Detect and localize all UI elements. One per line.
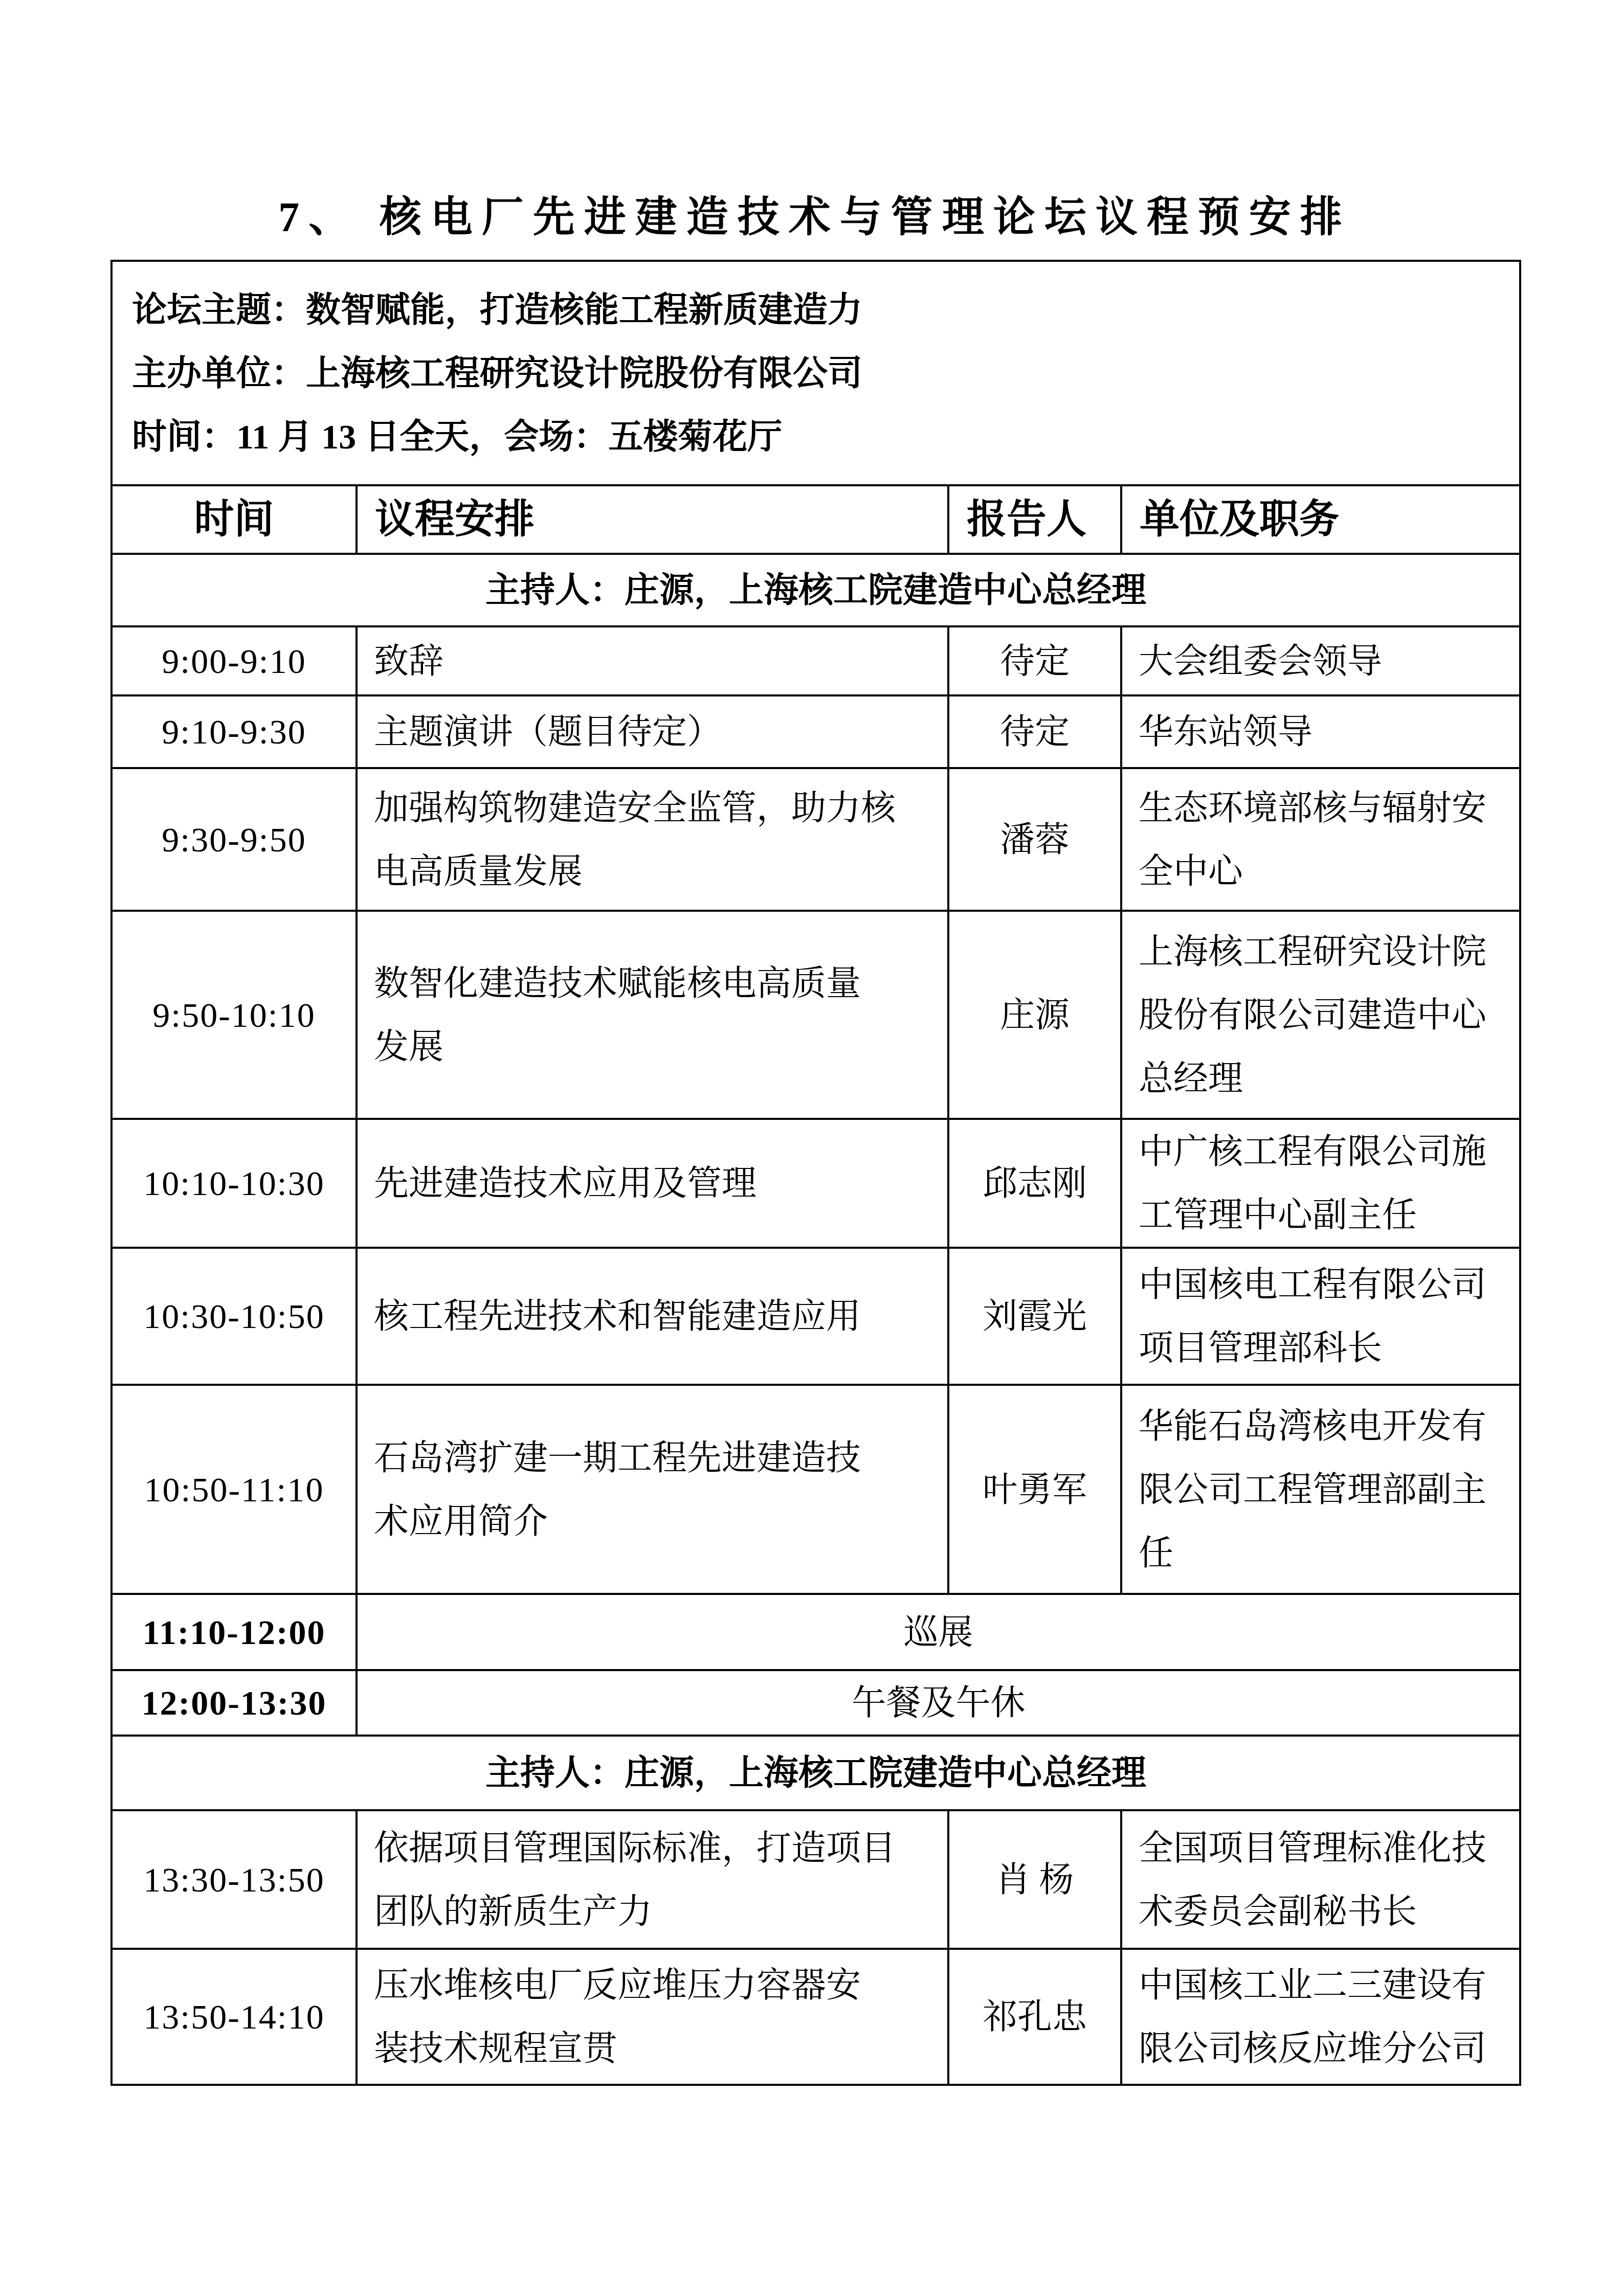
page-title: 7、 核电厂先进建造技术与管理论坛议程预安排 — [110, 0, 1519, 244]
time-cell: 11:10-12:00 — [112, 1594, 357, 1670]
agenda-cell: 先进建造技术应用及管理 — [357, 1119, 948, 1248]
agenda-row: 9:30-9:50 加强构筑物建造安全监管，助力核 电高质量发展 潘蓉 生态环境… — [112, 768, 1520, 911]
time-cell: 10:10-10:30 — [112, 1119, 357, 1248]
agenda-row: 9:00-9:10 致辞 待定 大会组委会领导 — [112, 626, 1520, 695]
speaker-cell: 肖 杨 — [948, 1810, 1121, 1949]
special-label-cell: 午餐及午休 — [357, 1670, 1520, 1736]
time-cell: 9:00-9:10 — [112, 626, 357, 695]
agenda-row: 13:30-13:50 依据项目管理国际标准，打造项目 团队的新质生产力 肖 杨… — [112, 1810, 1520, 1949]
special-row-exhibition: 11:10-12:00 巡展 — [112, 1594, 1520, 1670]
org-cell: 中广核工程有限公司施 工管理中心副主任 — [1121, 1119, 1520, 1248]
speaker-cell: 待定 — [948, 626, 1121, 695]
header-agenda: 议程安排 — [357, 485, 948, 554]
header-time: 时间 — [112, 485, 357, 554]
org-cell: 华东站领导 — [1121, 695, 1520, 768]
agenda-cell: 主题演讲（题目待定） — [357, 695, 948, 768]
org-cell: 全国项目管理标准化技 术委员会副秘书长 — [1121, 1810, 1520, 1949]
info-organizer: 主办单位：上海核工程研究设计院股份有限公司 — [132, 354, 862, 393]
time-cell: 9:30-9:50 — [112, 768, 357, 911]
agenda-row: 13:50-14:10 压水堆核电厂反应堆压力容器安 装技术规程宣贯 祁孔忠 中… — [112, 1949, 1520, 2085]
header-speaker: 报告人 — [948, 485, 1121, 554]
time-cell: 9:50-10:10 — [112, 911, 357, 1119]
org-cell: 中国核电工程有限公司 项目管理部科长 — [1121, 1248, 1520, 1385]
special-row-lunch: 12:00-13:30 午餐及午休 — [112, 1670, 1520, 1736]
speaker-cell: 祁孔忠 — [948, 1949, 1121, 2085]
info-time-venue: 时间：11 月 13 日全天，会场：五楼菊花厅 — [132, 417, 782, 456]
table-header-row: 时间 议程安排 报告人 单位及职务 — [112, 485, 1520, 554]
agenda-cell: 依据项目管理国际标准，打造项目 团队的新质生产力 — [357, 1810, 948, 1949]
agenda-cell: 数智化建造技术赋能核电高质量 发展 — [357, 911, 948, 1119]
special-label-cell: 巡展 — [357, 1594, 1520, 1670]
agenda-row: 9:50-10:10 数智化建造技术赋能核电高质量 发展 庄源 上海核工程研究设… — [112, 911, 1520, 1119]
org-cell: 华能石岛湾核电开发有 限公司工程管理部副主 任 — [1121, 1385, 1520, 1594]
org-cell: 生态环境部核与辐射安 全中心 — [1121, 768, 1520, 911]
speaker-cell: 庄源 — [948, 911, 1121, 1119]
speaker-cell: 刘霞光 — [948, 1248, 1121, 1385]
agenda-cell: 核工程先进技术和智能建造应用 — [357, 1248, 948, 1385]
agenda-row: 10:30-10:50 核工程先进技术和智能建造应用 刘霞光 中国核电工程有限公… — [112, 1248, 1520, 1385]
forum-info-row: 论坛主题：数智赋能，打造核能工程新质建造力 主办单位：上海核工程研究设计院股份有… — [112, 261, 1520, 485]
agenda-cell: 加强构筑物建造安全监管，助力核 电高质量发展 — [357, 768, 948, 911]
document-page: 7、 核电厂先进建造技术与管理论坛议程预安排 论坛主题：数智赋能，打造核能工程新… — [0, 0, 1624, 2296]
time-cell: 13:30-13:50 — [112, 1810, 357, 1949]
time-cell: 13:50-14:10 — [112, 1949, 357, 2085]
time-cell: 12:00-13:30 — [112, 1670, 357, 1736]
org-cell: 大会组委会领导 — [1121, 626, 1520, 695]
speaker-cell: 叶勇军 — [948, 1385, 1121, 1594]
host-row-afternoon: 主持人：庄源，上海核工院建造中心总经理 — [112, 1736, 1520, 1810]
time-cell: 9:10-9:30 — [112, 695, 357, 768]
forum-info-panel: 论坛主题：数智赋能，打造核能工程新质建造力 主办单位：上海核工程研究设计院股份有… — [112, 261, 1520, 485]
speaker-cell: 潘蓉 — [948, 768, 1121, 911]
agenda-row: 9:10-9:30 主题演讲（题目待定） 待定 华东站领导 — [112, 695, 1520, 768]
header-org: 单位及职务 — [1121, 485, 1520, 554]
time-cell: 10:30-10:50 — [112, 1248, 357, 1385]
agenda-row: 10:50-11:10 石岛湾扩建一期工程先进建造技 术应用简介 叶勇军 华能石… — [112, 1385, 1520, 1594]
speaker-cell: 邱志刚 — [948, 1119, 1121, 1248]
time-cell: 10:50-11:10 — [112, 1385, 357, 1594]
host-row-morning: 主持人：庄源，上海核工院建造中心总经理 — [112, 554, 1520, 626]
org-cell: 中国核工业二三建设有 限公司核反应堆分公司 — [1121, 1949, 1520, 2085]
agenda-row: 10:10-10:30 先进建造技术应用及管理 邱志刚 中广核工程有限公司施 工… — [112, 1119, 1520, 1248]
agenda-cell: 致辞 — [357, 626, 948, 695]
agenda-table: 论坛主题：数智赋能，打造核能工程新质建造力 主办单位：上海核工程研究设计院股份有… — [110, 260, 1521, 2086]
host-label: 主持人：庄源，上海核工院建造中心总经理 — [112, 554, 1520, 626]
info-theme: 论坛主题：数智赋能，打造核能工程新质建造力 — [132, 290, 862, 329]
speaker-cell: 待定 — [948, 695, 1121, 768]
host-label: 主持人：庄源，上海核工院建造中心总经理 — [112, 1736, 1520, 1810]
agenda-cell: 石岛湾扩建一期工程先进建造技 术应用简介 — [357, 1385, 948, 1594]
agenda-cell: 压水堆核电厂反应堆压力容器安 装技术规程宣贯 — [357, 1949, 948, 2085]
org-cell: 上海核工程研究设计院 股份有限公司建造中心 总经理 — [1121, 911, 1520, 1119]
